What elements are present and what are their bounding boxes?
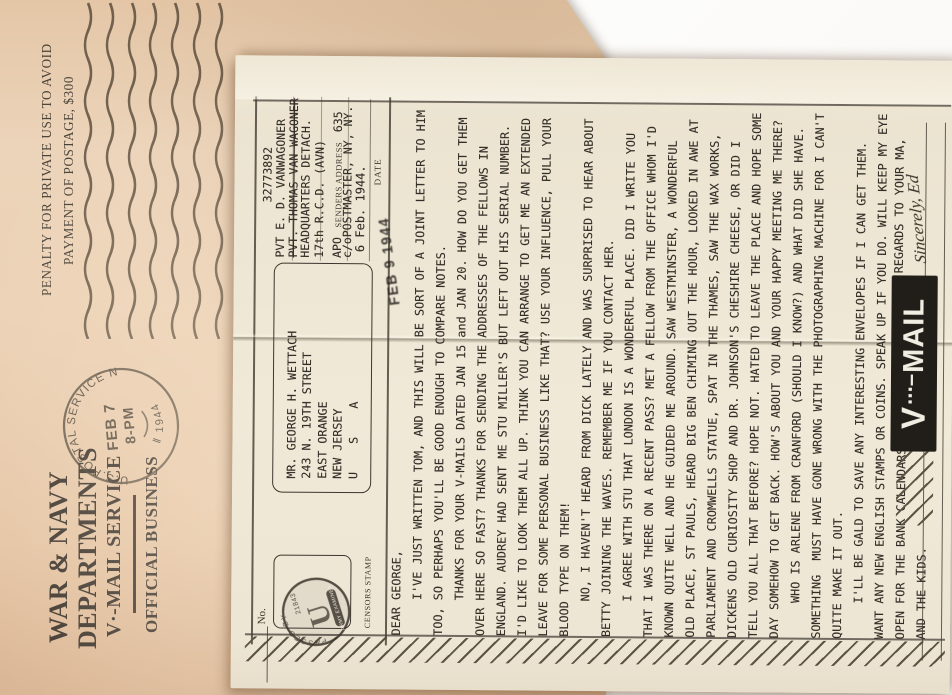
signature-rule-2	[941, 123, 946, 661]
no-label: No.	[256, 608, 268, 624]
return-address-line-war-navy: WAR & NAVY	[44, 471, 74, 643]
postmark-stamp: U.S.POSTAL SERVICE NO.1 ‖ 1944 FEB 7 8-P…	[51, 356, 192, 497]
scanned-vmail-photo: WAR & NAVY DEPARTMENTS V·-MAIL SERVICE O…	[0, 0, 952, 695]
date-label: DATE	[372, 158, 382, 185]
no-blank-line	[267, 626, 268, 682]
fold-flap-light-band	[235, 55, 952, 105]
vmail-logo: V ···– MAIL	[890, 275, 937, 451]
censor-stamp-label: CENSORS STAMP	[363, 545, 373, 639]
rotated-content: WAR & NAVY DEPARTMENTS V·-MAIL SERVICE O…	[0, 0, 952, 695]
vmail-logo-v: V	[895, 407, 933, 429]
date-value: 6 Feb. 1944.	[354, 165, 368, 252]
letter-body-text: DEAR GEORGE, I'VE JUST WRITTEN TOM, AND …	[386, 110, 936, 640]
censor-passed-stamp: PASSED BY U 21843 ARMY EXAMINER	[275, 571, 358, 654]
svg-text:U.S.POSTAL SERVICE NO.1: U.S.POSTAL SERVICE NO.1	[51, 366, 131, 497]
form-top-rule	[251, 96, 257, 644]
date-rule	[369, 99, 371, 261]
penalty-text-line1: PENALTY FOR PRIVATE USE TO AVOID	[40, 43, 56, 296]
recipient-address: MR. GEORGE H. WETTACH 243 N. 19TH STREET…	[284, 331, 362, 479]
postmark-arc-top: U.S.POSTAL SERVICE NO.1	[51, 366, 131, 497]
vmail-letter: No. CENSORS STAMP PASSED BY U 21843 ARMY…	[231, 55, 952, 694]
return-address-rule	[133, 495, 136, 613]
return-address-line-official-business: OFFICIAL BUSINESS	[142, 456, 162, 633]
vmail-logo-morse-dots: ···–	[898, 375, 924, 405]
sender-unit-line1: HEADQUARTERS DETACH.	[299, 119, 313, 258]
footer-hatch-bar	[896, 451, 934, 525]
postmark-date: FEB 7	[101, 402, 122, 451]
postmark-arc-bottom: ‖ 1944	[148, 400, 168, 446]
return-address-line-departments: DEPARTMENTS	[73, 447, 103, 649]
closing-regards: REGARDS TO YOUR MA,	[893, 138, 907, 273]
cancellation-wavy-lines	[80, 0, 242, 339]
return-address-line-vmail-service: V·-MAIL SERVICE	[103, 455, 126, 637]
postmark-time: 8-PM	[119, 406, 138, 445]
penalty-text-line2: PAYMENT OF POSTAGE, $300	[62, 76, 78, 265]
vmail-logo-mail: MAIL	[898, 298, 932, 373]
svg-text:‖ 1944: ‖ 1944	[148, 400, 168, 446]
postmark-flourish	[142, 411, 149, 437]
